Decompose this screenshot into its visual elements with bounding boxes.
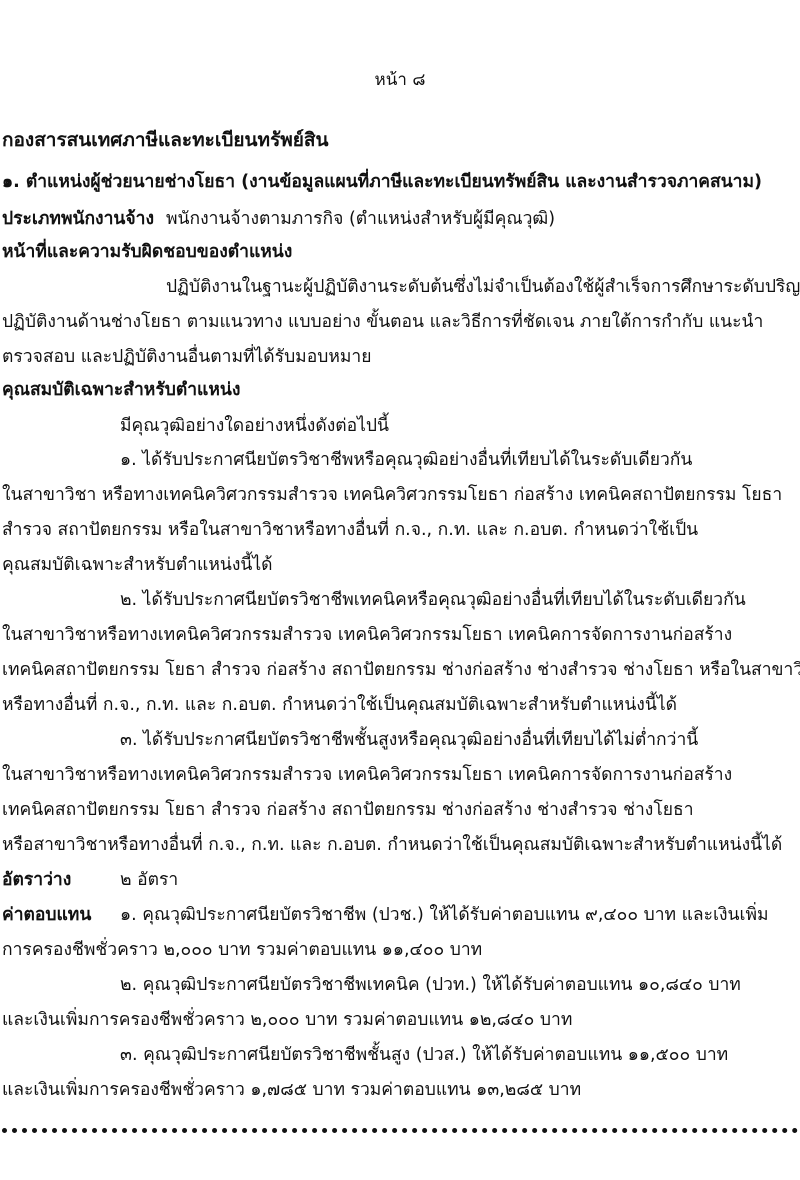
compensation-label: ค่าตอบแทน	[2, 903, 120, 927]
qualifications-intro: มีคุณวุฒิอย่างใดอย่างหนึ่งดังต่อไปนี้	[120, 414, 389, 438]
employee-type-value: พนักงานจ้างตามภารกิจ (ตำแหน่งสำหรับผู้มี…	[166, 209, 555, 229]
qualification-item-2: ๒. ได้รับประกาศนียบัตรวิชาชีพเทคนิคหรือค…	[120, 588, 746, 612]
employee-type-row: ประเภทพนักงานจ้างพนักงานจ้างตามภารกิจ (ต…	[2, 207, 555, 231]
qualification-item-1: ๑. ได้รับประกาศนียบัตรวิชาชีพหรือคุณวุฒิ…	[120, 448, 692, 472]
qualification-item-3-line: เทคนิคสถาปัตยกรรม โยธา สำรวจ ก่อสร้าง สถ…	[2, 798, 694, 822]
qualification-item-2-line: เทคนิคสถาปัตยกรรม โยธา สำรวจ ก่อสร้าง สถ…	[2, 658, 800, 682]
qualification-item-3-line: ในสาขาวิชาหรือทางเทคนิควิศวกรรมสำรวจ เทค…	[2, 763, 732, 787]
vacancies-value: ๒ อัตรา	[120, 870, 178, 890]
qualification-item-2-line: หรือทางอื่นที่ ก.จ., ก.ท. และ ก.อบต. กำห…	[2, 693, 677, 717]
duties-line: ปฏิบัติงานในฐานะผู้ปฏิบัติงานระดับต้นซึ่…	[166, 275, 800, 299]
qualifications-heading: คุณสมบัติเฉพาะสำหรับตำแหน่ง	[2, 378, 240, 402]
page-number: หน้า ๘	[0, 66, 800, 93]
vacancies-row: อัตราว่าง๒ อัตรา	[2, 868, 178, 892]
compensation-item-1: ๑. คุณวุฒิประกาศนียบัตรวิชาชีพ (ปวช.) ให…	[120, 905, 769, 925]
compensation-item-1-line: การครองชีพชั่วคราว ๒,๐๐๐ บาท รวมค่าตอบแท…	[2, 938, 482, 962]
dotted-divider	[2, 1128, 798, 1133]
department-heading: กองสารสนเทศภาษีและทะเบียนทรัพย์สิน	[2, 128, 329, 152]
duties-line: ปฏิบัติงานด้านช่างโยธา ตามแนวทาง แบบอย่า…	[2, 310, 763, 334]
compensation-item-2: ๒. คุณวุฒิประกาศนียบัตรวิชาชีพเทคนิค (ปว…	[120, 973, 741, 997]
qualification-item-3-line: หรือสาขาวิชาหรือทางอื่นที่ ก.จ., ก.ท. แล…	[2, 833, 782, 857]
qualification-item-2-line: ในสาขาวิชาหรือทางเทคนิควิศวกรรมสำรวจ เทค…	[2, 623, 732, 647]
qualification-item-1-line: สำรวจ สถาปัตยกรรม หรือในสาขาวิชาหรือทางอ…	[2, 518, 698, 542]
qualification-item-1-line: ในสาขาวิชา หรือทางเทคนิควิศวกรรมสำรวจ เท…	[2, 483, 782, 507]
compensation-row: ค่าตอบแทน๑. คุณวุฒิประกาศนียบัตรวิชาชีพ …	[2, 903, 769, 927]
duties-heading: หน้าที่และความรับผิดชอบของตำแหน่ง	[2, 240, 292, 264]
compensation-item-3-line: และเงินเพิ่มการครองชีพชั่วคราว ๑,๗๘๕ บาท…	[2, 1078, 581, 1102]
compensation-item-3: ๓. คุณวุฒิประกาศนียบัตรวิชาชีพชั้นสูง (ป…	[120, 1043, 728, 1067]
position-title: ๑. ตำแหน่งผู้ช่วยนายช่างโยธา (งานข้อมูลแ…	[2, 170, 762, 194]
qualification-item-3: ๓. ได้รับประกาศนียบัตรวิชาชีพชั้นสูงหรือ…	[120, 728, 698, 752]
duties-line: ตรวจสอบ และปฏิบัติงานอื่นตามที่ได้รับมอบ…	[2, 345, 372, 369]
vacancies-label: อัตราว่าง	[2, 868, 120, 892]
compensation-item-2-line: และเงินเพิ่มการครองชีพชั่วคราว ๒,๐๐๐ บาท…	[2, 1008, 572, 1032]
employee-type-label: ประเภทพนักงานจ้าง	[2, 207, 166, 231]
qualification-item-1-line: คุณสมบัติเฉพาะสำหรับตำแหน่งนี้ได้	[2, 553, 273, 577]
document-page: หน้า ๘ กองสารสนเทศภาษีและทะเบียนทรัพย์สิ…	[0, 0, 800, 1180]
